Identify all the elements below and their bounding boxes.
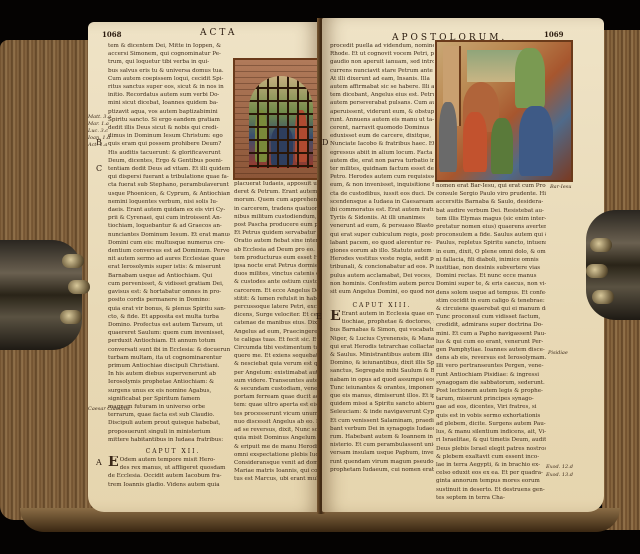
figure-elymas [491,118,513,174]
section-letter-c: C [96,164,102,173]
prison-woodcut-illustration [233,58,329,180]
drop-cap-e: E [330,310,341,322]
figure-onlookers [439,102,457,172]
right-chapter-opening: E Erant autem in Ecclesia quae erat An-t… [330,310,434,482]
section-letter-d: D [322,138,328,147]
section-letter-a: A [96,458,102,467]
margin-note-exod-2: Exod. 13.d [546,472,573,479]
margin-note-caesar: Caesar Claudius [88,406,130,413]
left-folio: 1068 [102,30,121,39]
left-chapter-opening: E Odem autem tempore misit Hero-des rex … [108,456,230,492]
margin-note-exod-1: Exod. 12.d [546,464,573,471]
book-photograph: 1068 ACTA tem & dicentem Dei, Mitte in I… [0,0,640,554]
elymas-woodcut-illustration [435,40,573,182]
right-second-column: nomen erat Bar-Iesu, qui erat cum Pro-co… [436,182,546,500]
figure-paul [463,112,487,172]
left-brass-clasp [0,240,82,350]
right-folio: 1069 [544,30,563,39]
left-chapter-heading: CAPUT XII. [118,448,228,455]
right-brass-clasp [586,210,640,320]
section-letter-e: E [316,312,322,321]
right-chapter-heading: CAPUT XIII. [332,302,432,309]
left-main-column: tem & dicentem Dei, Mitte in Ioppen, &ac… [108,42,230,446]
margin-note-pisidiae: Pisidiae [548,350,568,357]
figure-barnabas [519,106,553,176]
prison-bars-horizontal [249,76,313,168]
left-running-head: ACTA [200,28,237,38]
drop-cap-e: E [108,456,119,468]
figure-proconsul-seated [515,48,545,108]
right-first-column: procedit puella ad videndum, nomineRhode… [330,42,434,300]
margin-refs: Matt. 3.a Mar. 1.a Luc. 3.c Ioan. 1.d Ac… [88,114,111,149]
margin-note-bar-iesu: Bar-Iesu [550,184,571,191]
left-second-column: placuerat Iudaeis, apposuit ut apprehen-… [234,180,318,490]
